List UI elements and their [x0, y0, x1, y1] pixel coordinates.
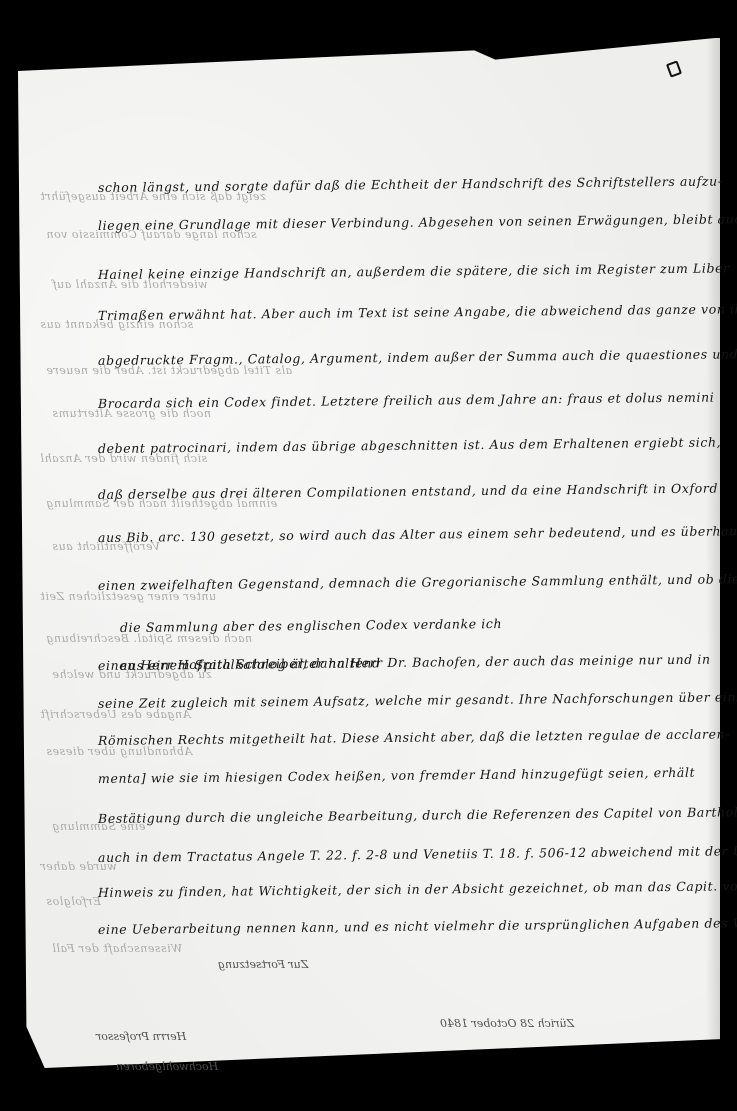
left-note-line2-bleed-through: Hochwohlgeboren — [116, 1060, 218, 1073]
date-line-bleed-through: Zürich 28 October 1840 — [440, 1017, 574, 1030]
page-edge-shadow — [706, 38, 720, 1068]
corner-tab-mark — [666, 60, 682, 77]
bleed-through-line: Wissenschaft der Fall — [52, 942, 182, 955]
signature-bleed-through: Zur Fortsetzung — [218, 958, 308, 971]
left-note-line1-bleed-through: Herrn Professor — [96, 1030, 186, 1043]
bleed-through-line: Erfolglos — [46, 895, 101, 908]
